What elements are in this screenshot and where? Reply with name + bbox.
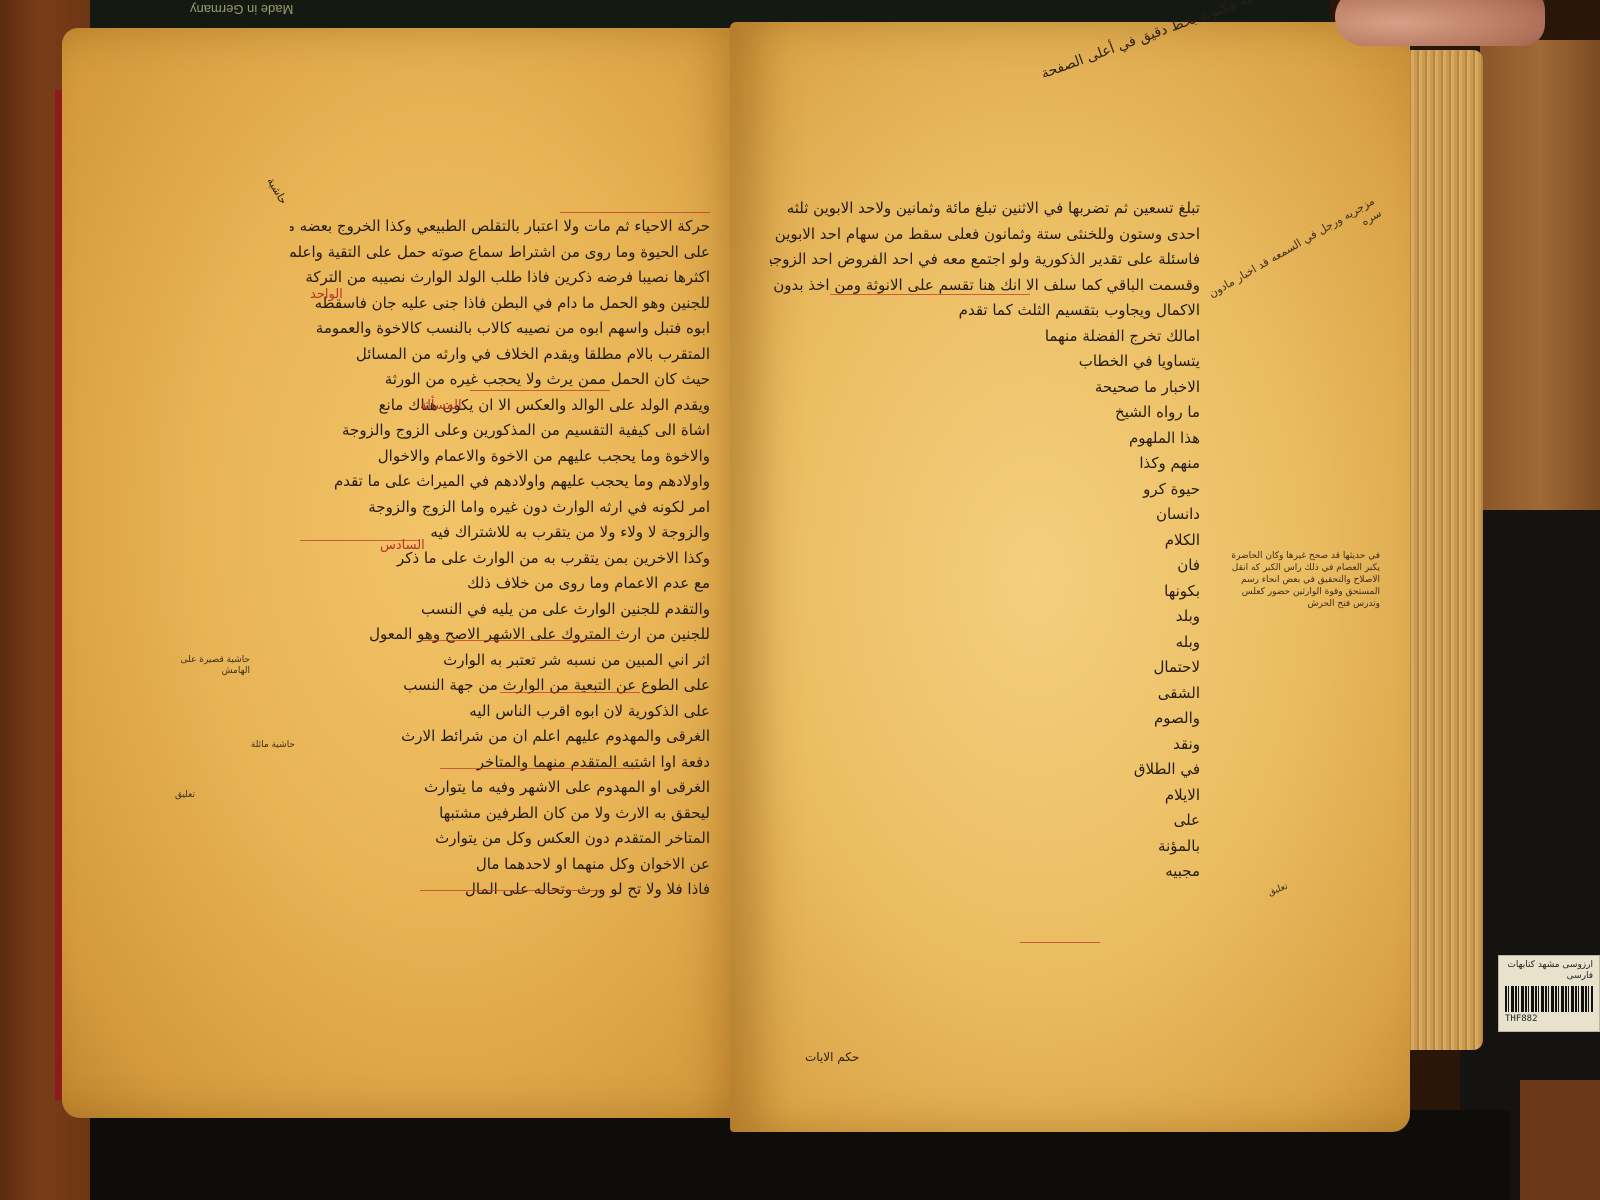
text-line: حركة الاحياء ثم مات ولا اعتبار بالتقلص ا… (290, 214, 710, 240)
text-line: مع عدم الاعمام وما روى من خلاف ذلك (290, 571, 710, 597)
text-line: منهم وكذا (770, 451, 1200, 477)
margin-annotation: حاشية مائلة (215, 740, 295, 751)
text-line: يتساويا في الخطاب (770, 349, 1200, 375)
text-line: الايلام (770, 783, 1200, 809)
text-line: عن الاخوان وكل منهما او لاحدهما مال (290, 852, 710, 878)
text-line: وكذا الاخرين بمن يتقرب به من الوارث على … (290, 546, 710, 572)
text-line: ليحقق به الارث ولا من كان الطرفين مشتبها (290, 801, 710, 827)
folio-catchword: حكم الايات (805, 1050, 859, 1064)
text-line: على (770, 808, 1200, 834)
text-line: للجنين من ارث المتروك على الاشهر الاصح و… (290, 622, 710, 648)
text-line: للجنين وهو الحمل ما دام في البطن فاذا جن… (290, 291, 710, 317)
text-line: بكونها (770, 579, 1200, 605)
text-line: المتقرب بالام مطلقا ويقدم الخلاف في وارث… (290, 342, 710, 368)
text-line: دانسان (770, 502, 1200, 528)
text-line: لاحتمال (770, 655, 1200, 681)
text-line: مجبيه (770, 859, 1200, 885)
text-line: والزوجة لا ولاء ولا من يتقرب به للاشتراك… (290, 520, 710, 546)
text-line: اكثرها نصيبا فرضه ذكرين فاذا طلب الولد ا… (290, 265, 710, 291)
text-line: ونقد (770, 732, 1200, 758)
text-line: الاخبار ما صحيحة (770, 375, 1200, 401)
text-line: في الطلاق (770, 757, 1200, 783)
rubric-overline (500, 692, 640, 693)
text-line: وبلد (770, 604, 1200, 630)
text-line: ويقدم الولد على الوالد والعكس الا ان يكو… (290, 393, 710, 419)
made-in-germany-stamp: Made in Germany (190, 2, 293, 17)
text-line: على الطوع عن التبعية من الوارث من جهة ال… (290, 673, 710, 699)
left-page-text: حركة الاحياء ثم مات ولا اعتبار بالتقلص ا… (290, 214, 710, 974)
rubric-overline (440, 768, 640, 769)
text-line: والتقدم للجنين الوارث على من يليه في الن… (290, 597, 710, 623)
margin-annotation: حاشية قصيرة على الهامش (180, 655, 250, 677)
label-code: THF882 (1499, 1014, 1599, 1024)
text-line: الغرقى او المهدوم على الاشهر وفيه ما يتو… (290, 775, 710, 801)
text-line: هذا الملهوم (770, 426, 1200, 452)
text-line: بالمؤنة (770, 834, 1200, 860)
text-line: دفعة اوا اشتبه المتقدم منهما والمتاخر (290, 750, 710, 776)
text-line: حيث كان الحمل ممن يرث ولا يحجب غيره من ا… (290, 367, 710, 393)
text-line: ما رواه الشيخ (770, 400, 1200, 426)
text-line: والصوم (770, 706, 1200, 732)
text-line: ابوه فتبل واسهم ابوه من نصيبه كالاب بالن… (290, 316, 710, 342)
rubric-overline (470, 390, 610, 391)
text-line: اثر اني المبين من نسبه شر تعتبر به الوار… (290, 648, 710, 674)
barcode-icon (1505, 986, 1593, 1012)
text-line: وبله (770, 630, 1200, 656)
page-stack-edge (1398, 50, 1483, 1050)
text-line: فاسئلة على تقدير الذكورية ولو اجتمع معه … (770, 247, 1200, 273)
text-line: امر لكونه في ارثه الوارث دون غيره واما ا… (290, 495, 710, 521)
library-barcode-label: ارزوسی مشهد کتابهات فارسی THF882 (1498, 955, 1600, 1032)
wooden-table-right (1480, 40, 1600, 520)
rubric-word: المسألة (420, 398, 462, 413)
text-line: على الحيوة وما روى من اشتراط سماع صوته ح… (290, 240, 710, 266)
rubric-overline (420, 890, 600, 891)
text-line: على الذكورية لان ابوه اقرب الناس اليه (290, 699, 710, 725)
rubric-word: الواحد (310, 287, 343, 302)
label-text: ارزوسی مشهد کتابهات فارسی (1499, 956, 1599, 984)
text-line: حيوة كرو (770, 477, 1200, 503)
text-line: واولادهم وما يحجب عليهم واولادهم في المي… (290, 469, 710, 495)
text-line: المتاخر المتقدم دون العكس وكل من يتوارث (290, 826, 710, 852)
rubric-overline (1020, 942, 1100, 943)
text-line: فان (770, 553, 1200, 579)
right-page-text: تبلغ تسعين ثم تضربها في الاثنين تبلغ مائ… (770, 196, 1200, 976)
text-line: احدى وستون وللخنثى ستة وثمانون فعلى سقط … (770, 222, 1200, 248)
rubric-overline (560, 212, 710, 213)
wooden-table-bottom-right (1520, 1080, 1600, 1200)
rubric-word: السادس (380, 538, 425, 553)
text-line: الغرقى والمهدوم عليهم اعلم ان من شرائط ا… (290, 724, 710, 750)
text-line: امالك تخرج الفضلة منهما (770, 324, 1200, 350)
margin-annotation: تعليق (125, 790, 195, 801)
text-line: الاكمال ويجاوب بتقسيم الثلث كما تقدم (770, 298, 1200, 324)
text-line: الكلام (770, 528, 1200, 554)
text-line: اشاة الى كيفية التقسيم من المذكورين وعلى… (290, 418, 710, 444)
rubric-overline (830, 294, 1030, 295)
rubric-overline (420, 640, 620, 641)
holding-thumb (1335, 0, 1545, 46)
text-line: الشقى (770, 681, 1200, 707)
text-line: تبلغ تسعين ثم تضربها في الاثنين تبلغ مائ… (770, 196, 1200, 222)
right-margin-note: في حديثها قد صحح غيرها وكان الحاضرة يكبر… (1215, 550, 1380, 610)
text-line: والاخوة وما يحجب عليهم من الاخوة والاعما… (290, 444, 710, 470)
